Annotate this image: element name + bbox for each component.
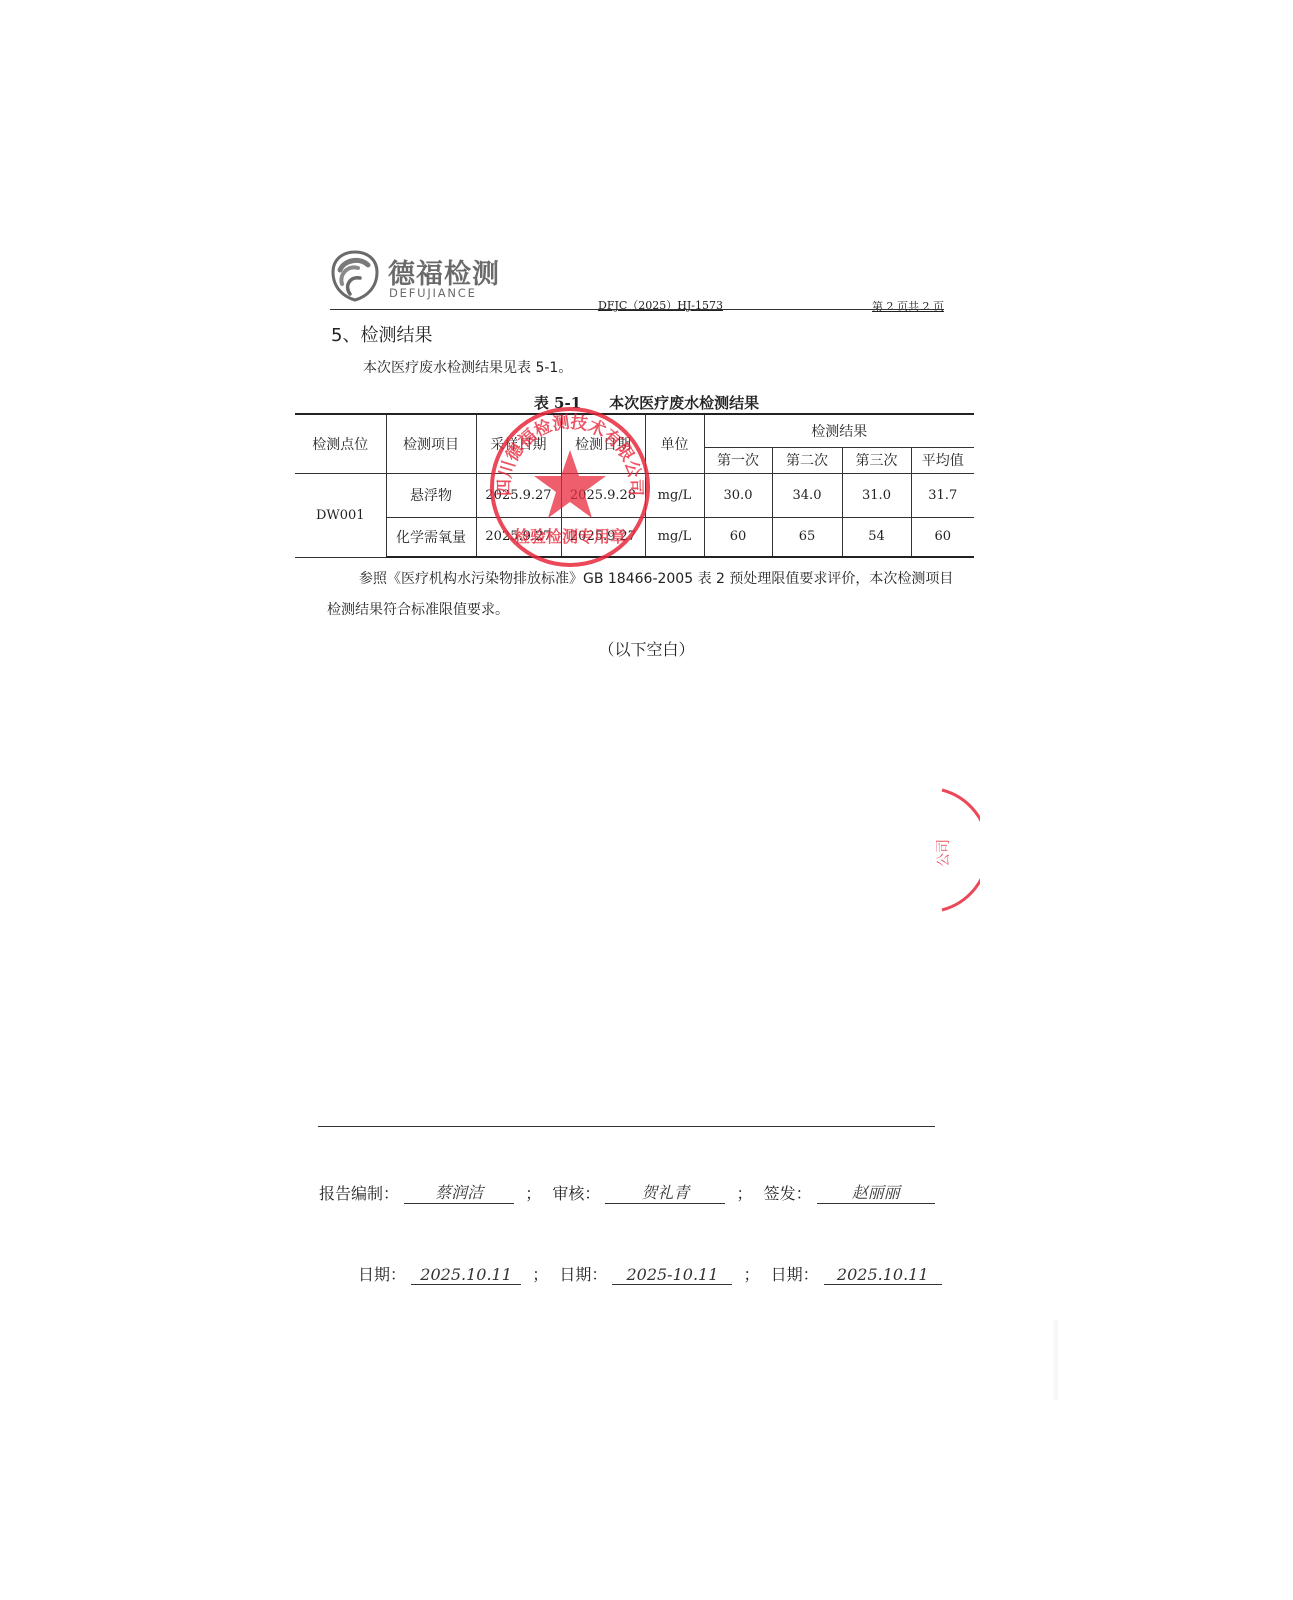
separator: ； bbox=[525, 1184, 541, 1203]
section-intro: 本次医疗废水检测结果见表 5-1。 bbox=[363, 357, 572, 377]
header-average: 平均值 bbox=[911, 447, 974, 473]
review-date: 2025-10.11 bbox=[612, 1265, 732, 1285]
cell-first: 60 bbox=[704, 517, 772, 557]
separator: ； bbox=[744, 1265, 760, 1284]
date-row: 日期： 2025.10.11 ； 日期： 2025-10.11 ； 日期： 20… bbox=[358, 1262, 942, 1285]
header-test-date: 检测日期 bbox=[561, 414, 645, 473]
cell-unit: mg/L bbox=[645, 517, 704, 557]
header-third: 第三次 bbox=[842, 447, 911, 473]
company-logo: 德福检测 DEFUJIANCE bbox=[330, 250, 490, 302]
cell-second: 65 bbox=[772, 517, 842, 557]
header-results: 检测结果 bbox=[704, 414, 974, 447]
review-signature: 贺礼青 bbox=[605, 1180, 725, 1204]
cell-item: 悬浮物 bbox=[386, 473, 476, 517]
signature-row: 报告编制： 蔡润洁 ； 审核： 贺礼青 ； 签发： 赵丽丽 bbox=[319, 1180, 935, 1204]
review-date-label: 日期： bbox=[559, 1265, 607, 1284]
scan-edge-shadow bbox=[1052, 1320, 1060, 1400]
separator: ； bbox=[532, 1265, 548, 1284]
cell-third: 54 bbox=[842, 517, 911, 557]
cell-test-date: 2025.9.28 bbox=[561, 473, 645, 517]
cell-average: 31.7 bbox=[911, 473, 974, 517]
compile-signature: 蔡润洁 bbox=[404, 1180, 514, 1204]
cell-sample-date: 2025.9.27 bbox=[476, 473, 561, 517]
issue-label: 签发： bbox=[764, 1184, 812, 1203]
issue-date: 2025.10.11 bbox=[824, 1265, 942, 1285]
compile-date-label: 日期： bbox=[358, 1265, 406, 1284]
section-title: 5、检测结果 bbox=[331, 321, 432, 347]
table-header-row: 检测点位 检测项目 采样日期 检测日期 单位 检测结果 bbox=[295, 414, 974, 447]
cell-average: 60 bbox=[911, 517, 974, 557]
compile-label: 报告编制： bbox=[319, 1184, 399, 1203]
cell-first: 30.0 bbox=[704, 473, 772, 517]
issue-date-label: 日期： bbox=[771, 1265, 819, 1284]
header-divider bbox=[330, 309, 944, 310]
table-row: 化学需氧量 2025.9.27 2025.9.27 mg/L 60 65 54 … bbox=[295, 517, 974, 557]
table-caption: 表 5-1本次医疗废水检测结果 bbox=[0, 392, 1293, 413]
cell-item: 化学需氧量 bbox=[386, 517, 476, 557]
cell-point: DW001 bbox=[295, 473, 386, 557]
header-second: 第二次 bbox=[772, 447, 842, 473]
header-point: 检测点位 bbox=[295, 414, 386, 473]
table-row: DW001 悬浮物 2025.9.27 2025.9.28 mg/L 30.0 … bbox=[295, 473, 974, 517]
conclusion-paragraph: 参照《医疗机构水污染物排放标准》GB 18466-2005 表 2 预处理限值要… bbox=[327, 564, 967, 626]
cell-unit: mg/L bbox=[645, 473, 704, 517]
separator: ； bbox=[737, 1184, 753, 1203]
table-number: 表 5-1 bbox=[534, 392, 581, 413]
review-label: 审核： bbox=[552, 1184, 600, 1203]
report-page: 德福检测 DEFUJIANCE DFJC（2025）HJ-1573 第 2 页共… bbox=[0, 0, 1293, 1600]
partial-seal-text: 公司 bbox=[936, 839, 952, 867]
signature-divider bbox=[318, 1126, 935, 1127]
cell-second: 34.0 bbox=[772, 473, 842, 517]
blank-below-note: （以下空白） bbox=[0, 637, 1293, 660]
header-first: 第一次 bbox=[704, 447, 772, 473]
conclusion-text: 参照《医疗机构水污染物排放标准》GB 18466-2005 表 2 预处理限值要… bbox=[327, 571, 953, 618]
defujiance-logo-icon bbox=[330, 250, 380, 302]
results-table: 检测点位 检测项目 采样日期 检测日期 单位 检测结果 第一次 第二次 第三次 … bbox=[295, 413, 974, 558]
header-unit: 单位 bbox=[645, 414, 704, 473]
cell-test-date: 2025.9.27 bbox=[561, 517, 645, 557]
cell-third: 31.0 bbox=[842, 473, 911, 517]
issue-signature: 赵丽丽 bbox=[817, 1180, 935, 1204]
compile-date: 2025.10.11 bbox=[411, 1265, 521, 1285]
report-number: DFJC（2025）HJ-1573 bbox=[598, 297, 723, 313]
table-title: 本次医疗废水检测结果 bbox=[609, 392, 759, 413]
page-indicator: 第 2 页共 2 页 bbox=[872, 298, 944, 314]
header-sample-date: 采样日期 bbox=[476, 414, 561, 473]
logo-english-name: DEFUJIANCE bbox=[389, 286, 477, 300]
header-item: 检测项目 bbox=[386, 414, 476, 473]
cell-sample-date: 2025.9.27 bbox=[476, 517, 561, 557]
partial-seal-stamp: 公司 bbox=[930, 785, 980, 915]
